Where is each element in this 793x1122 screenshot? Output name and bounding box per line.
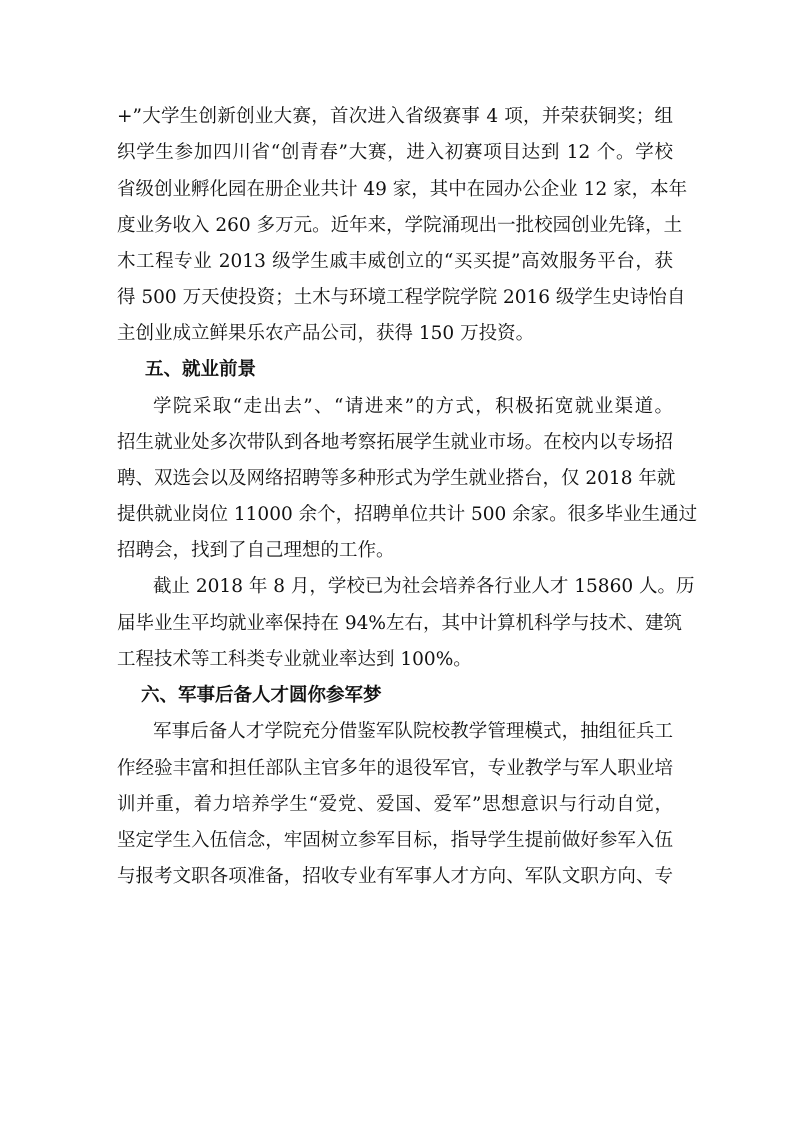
paragraph-line: 工程技术等工科类专业就业率达到 100%。 xyxy=(117,642,673,678)
paragraph-line: 织学生参加四川省“创青春”大赛，进入初赛项目达到 12 个。学校 xyxy=(117,135,673,171)
paragraph-line: 与报考文职各项准备，招收专业有军事人才方向、军队文职方向、专 xyxy=(117,859,673,895)
paragraph-line: 届毕业生平均就业率保持在 94%左右，其中计算机科学与技术、建筑 xyxy=(117,606,673,642)
paragraph-line: 主创业成立鲜果乐农产品公司，获得 150 万投资。 xyxy=(117,316,673,352)
paragraph-line: 聘、双选会以及网络招聘等多种形式为学生就业搭台，仅 2018 年就 xyxy=(117,461,673,497)
paragraph-line: 得 500 万天使投资；土木与环境工程学院学院 2016 级学生史诗怡自 xyxy=(117,280,673,316)
paragraph-line: 截止 2018 年 8 月，学校已为社会培养各行业人才 15860 人。历 xyxy=(153,569,673,605)
section-heading-military: 六、军事后备人才圆你参军梦 xyxy=(141,678,382,714)
paragraph-line: 学院采取“走出去”、“请进来”的方式，积极拓宽就业渠道。 xyxy=(153,389,673,425)
paragraph-line: 军事后备人才学院充分借鉴军队院校教学管理模式，抽组征兵工 xyxy=(153,714,673,750)
paragraph-line: 招聘会，找到了自己理想的工作。 xyxy=(117,533,673,569)
document-page: +”大学生创新创业大赛，首次进入省级赛事 4 项，并荣获铜奖；组 织学生参加四川… xyxy=(0,0,793,1122)
section-heading-employment: 五、就业前景 xyxy=(145,352,256,388)
paragraph-line: 提供就业岗位 11000 余个，招聘单位共计 500 余家。很多毕业生通过 xyxy=(117,497,673,533)
paragraph-line: 招生就业处多次带队到各地考察拓展学生就业市场。在校内以专场招 xyxy=(117,425,673,461)
paragraph-line: 坚定学生入伍信念，牢固树立参军目标，指导学生提前做好参军入伍 xyxy=(117,823,673,859)
paragraph-line: 作经验丰富和担任部队主官多年的退役军官，专业教学与军人职业培 xyxy=(117,751,673,787)
paragraph-line: 省级创业孵化园在册企业共计 49 家，其中在园办公企业 12 家，本年 xyxy=(117,172,673,208)
paragraph-line: 木工程专业 2013 级学生戚丰威创立的“买买提”高效服务平台，获 xyxy=(117,244,673,280)
paragraph-line: +”大学生创新创业大赛，首次进入省级赛事 4 项，并荣获铜奖；组 xyxy=(117,99,673,135)
paragraph-line: 度业务收入 260 多万元。近年来，学院涌现出一批校园创业先锋，土 xyxy=(117,208,673,244)
paragraph-line: 训并重，着力培养学生“爱党、爱国、爱军”思想意识与行动自觉， xyxy=(117,787,673,823)
